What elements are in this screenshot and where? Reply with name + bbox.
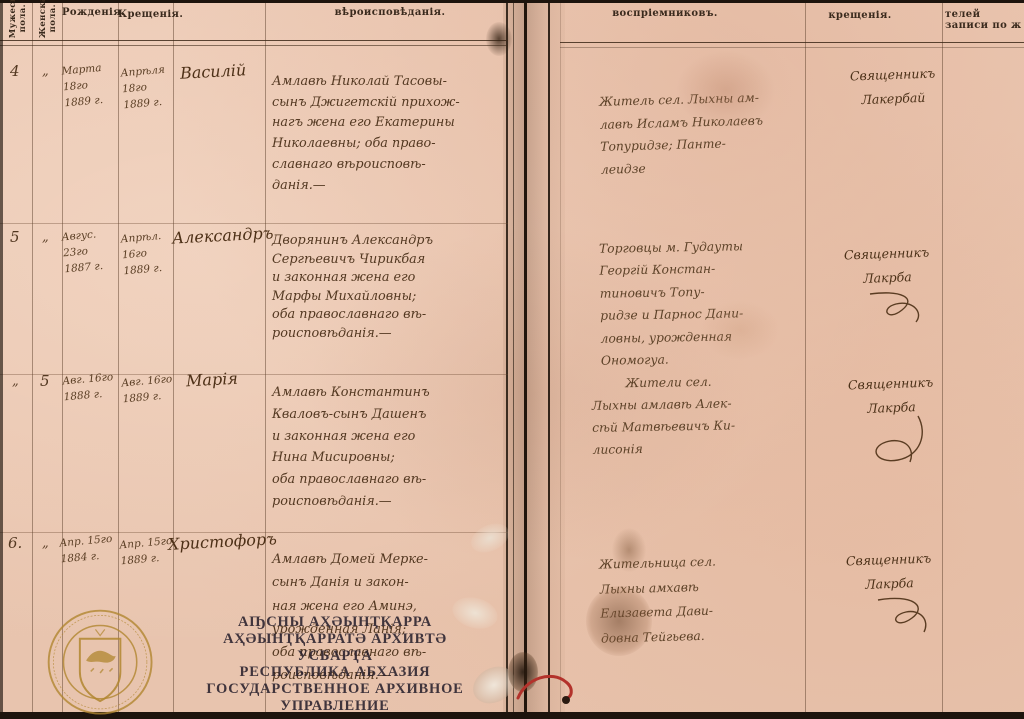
scan-edge-left [0, 0, 3, 719]
signature-flourish [862, 288, 932, 328]
entry-number-female: „ [42, 230, 49, 245]
parents-entry: Дворянинъ Александръ Сергѣевичъ Чирикбая… [272, 232, 508, 343]
header-rule [0, 45, 508, 46]
column-rule [265, 0, 266, 712]
column-header-baptism: Крещенія. [118, 9, 176, 20]
watermark-line: АҲӘЫНҬҚАРРАТӘ АРХИВТӘ [155, 631, 515, 648]
page-edge-line [560, 0, 561, 712]
column-header-female-sex: Женска пола. [38, 0, 58, 38]
binding-line [524, 0, 527, 712]
birth-date: Апр. 15го 1884 г. [59, 532, 118, 568]
column-header-godparents: воспріемниковъ. [575, 8, 755, 19]
godparents-entry: Житель сел. Лыхны ам- лавѣ Исламъ Никола… [599, 85, 816, 182]
baptized-name: Александръ [172, 223, 274, 247]
entry-number-male: „ [12, 374, 19, 389]
baptism-date: Авг. 16го 1889 г. [121, 372, 180, 408]
birth-date: Марта 18го 1889 г. [61, 60, 121, 112]
entry-number-female: „ [42, 536, 49, 551]
priest-signature: Священникъ Лакрба [833, 546, 945, 597]
archive-emblem [28, 606, 173, 719]
entry-number-male: 5 [10, 228, 20, 246]
column-header-faith: вѣроисповѣданія. [280, 7, 500, 18]
godparents-entry: Жительница сел. Лыхны амхавѣ Елизавета Д… [599, 547, 802, 651]
entry-number-female: 5 [40, 372, 50, 390]
baptized-name: Василій [180, 60, 247, 82]
header-rule [560, 42, 1024, 43]
signature-flourish [868, 592, 938, 637]
scan-edge-top [0, 0, 1024, 3]
column-header-male-sex: Мужеска пола. [8, 0, 28, 38]
watermark-line: УСБАРҬА [155, 648, 515, 665]
column-header-birth: Рожденія. [62, 7, 118, 18]
column-header-record: телей записи по ж [945, 9, 1024, 31]
header-rule [0, 40, 508, 41]
signature-flourish [858, 412, 938, 472]
entry-number-male: 6. [8, 534, 22, 552]
watermark-line: РЕСПУБЛИКА АБХАЗИЯ [155, 664, 515, 681]
watermark-line: ГОСУДАРСТВЕННОЕ АРХИВНОЕ [155, 681, 515, 698]
watermark-line: АҦСНЫ АҲӘЫНҬҚАРРА [155, 614, 515, 631]
birth-date: Авгус. 23го 1887 г. [61, 226, 121, 278]
page-edge-line [513, 0, 514, 712]
entry-number-female: „ [42, 64, 49, 79]
parents-entry: Амлавѣ Николай Тасовы- сынъ Джигетскій п… [272, 72, 508, 196]
priest-signature: Священникъ Лакрба [831, 240, 943, 291]
binding-thread-red [508, 664, 588, 712]
header-rule [560, 47, 1024, 48]
parents-entry: Амлавѣ Константинъ Кваловъ-сынъ Дашенъ и… [272, 382, 508, 513]
watermark-line: УПРАВЛЕНИЕ [155, 698, 515, 715]
priest-signature: Священникъ Лакербай [837, 61, 949, 112]
godparents-entry: Торговцы м. Гудауты Георгій Констан- тин… [599, 234, 801, 372]
birth-date: Авг. 16го 1888 г. [62, 370, 121, 406]
binding-line [548, 0, 550, 712]
godparents-entry: Жители сел. Лыхны амлавѣ Алек- сѣй Матвѣ… [591, 370, 807, 461]
baptism-date: Апрѣля 18го 1889 г. [120, 62, 180, 114]
entry-number-male: 4 [10, 62, 20, 80]
baptized-name: Марія [186, 369, 239, 391]
column-header-priest: крещенія. [812, 10, 908, 21]
register-page-scan: Мужеска пола. Женска пола. Рожденія. Кре… [0, 0, 1024, 719]
